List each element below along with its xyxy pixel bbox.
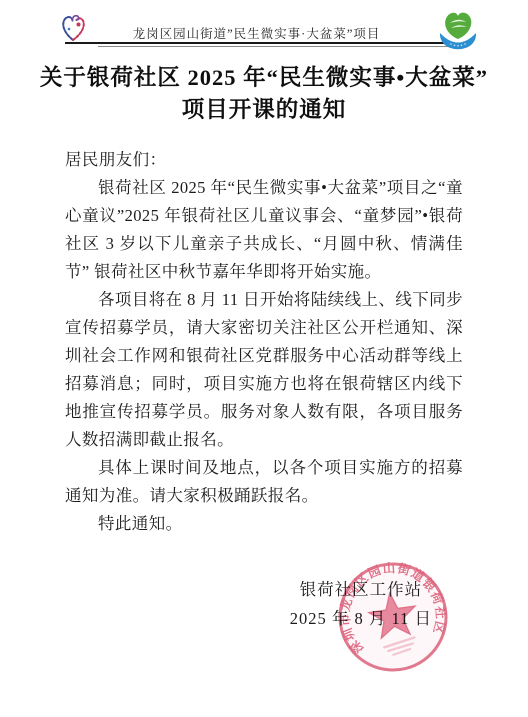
document-title: 关于银荷社区 2025 年“民生微实事•大盆菜” 项目开课的通知 xyxy=(24,62,504,126)
seal-inner-smudge xyxy=(382,636,418,658)
body-paragraph: 具体上课时间及地点，以各个项目实施方的招募通知为准。请大家积极踊跃报名。 xyxy=(65,454,463,510)
signature-organization: 银荷社区工作站 xyxy=(290,576,432,604)
signature-block: 银荷社区工作站 2025 年 8 月 11 日 xyxy=(290,576,432,633)
document-title-line2: 项目开课的通知 xyxy=(24,94,504,126)
notice-document-page: 龙岗区园山街道”民生微实事·大盆菜”项目 关于银荷社区 2025 年“民生微实事… xyxy=(0,0,528,717)
header-rule-shadow xyxy=(98,46,450,47)
header-rule xyxy=(65,42,448,44)
signature-date: 2025 年 8 月 11 日 xyxy=(290,605,432,633)
header-project-line: 龙岗区园山街道”民生微实事·大盆菜”项目 xyxy=(65,24,448,42)
body-paragraph: 各项目将在 8 月 11 日开始将陆续线上、线下同步宣传招募学员，请大家密切关注… xyxy=(65,286,463,454)
minsheng-dapencai-hands-heart-logo xyxy=(437,7,479,53)
salutation: 居民朋友们： xyxy=(65,146,463,174)
document-body: 居民朋友们： 银荷社区 2025 年“民生微实事•大盆菜”项目之“童心童议”20… xyxy=(65,146,463,538)
body-paragraph: 特此通知。 xyxy=(65,510,463,538)
document-title-line1: 关于银荷社区 2025 年“民生微实事•大盆菜” xyxy=(24,62,504,94)
body-paragraph: 银荷社区 2025 年“民生微实事•大盆菜”项目之“童心童议”2025 年银荷社… xyxy=(65,174,463,286)
